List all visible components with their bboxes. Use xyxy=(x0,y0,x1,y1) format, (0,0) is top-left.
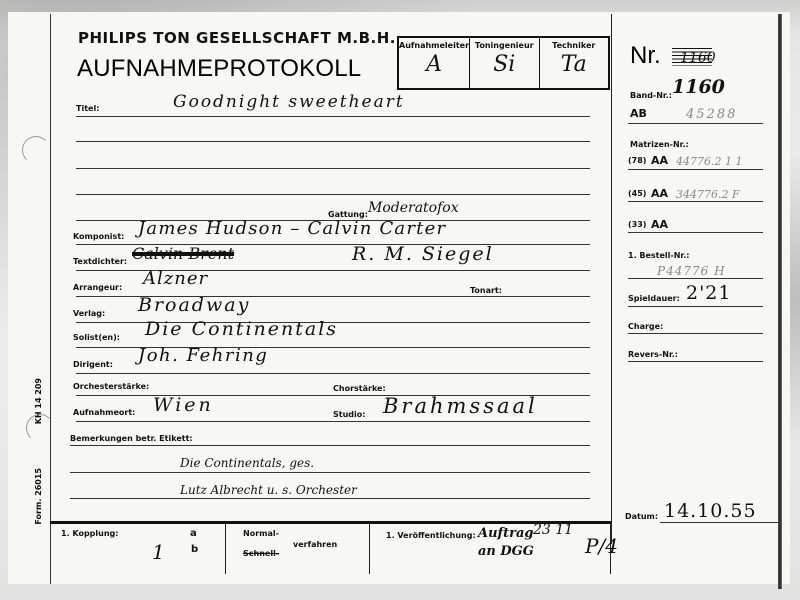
staff-cell-aufnahmeleiter: Aufnahmeleiter A xyxy=(399,38,470,88)
punch-hole xyxy=(22,136,50,164)
form-number: Form. 26015 xyxy=(34,468,43,525)
rule xyxy=(628,123,763,124)
matrize-prefix: AA xyxy=(651,187,668,200)
staff-cell-toningenieur: Toningenieur Si xyxy=(470,38,539,88)
titel-value: Goodnight sweetheart xyxy=(173,92,405,112)
nr-struck-value: 1160 xyxy=(680,50,716,66)
rule xyxy=(70,445,590,446)
datum-value: 14.10.55 xyxy=(664,500,757,522)
gattung-value: Moderatofox xyxy=(368,200,459,216)
titel-label: Titel: xyxy=(76,104,99,113)
verlag-label: Verlag: xyxy=(73,309,105,318)
arrangeur-label: Arrangeur: xyxy=(73,283,122,292)
veroeffentlichung-initials: P/4 xyxy=(585,534,618,558)
rule xyxy=(76,421,590,422)
datum-label: Datum: xyxy=(625,512,658,521)
ab-value: 45288 xyxy=(686,107,737,122)
komponist-label: Komponist: xyxy=(73,232,124,241)
bestell-nr-label: 1. Bestell-Nr.: xyxy=(628,251,689,260)
rule xyxy=(76,194,590,195)
textdichter-struck-value: Calvin Brent xyxy=(132,244,234,263)
bemerkungen-line: Lutz Albrecht u. s. Orchester xyxy=(180,483,357,497)
textdichter-value: R. M. Siegel xyxy=(352,243,494,265)
verfahren-normal: Normal- xyxy=(243,529,279,538)
staff-label: Aufnahmeleiter xyxy=(399,41,469,50)
staff-table: Aufnahmeleiter A Toningenieur Si Technik… xyxy=(397,36,610,90)
revers-nr-label: Revers-Nr.: xyxy=(628,350,678,359)
rule xyxy=(76,168,590,169)
rule xyxy=(70,498,590,499)
textdichter-label: Textdichter: xyxy=(73,257,127,266)
card-edge xyxy=(778,14,782,589)
rule xyxy=(628,169,763,170)
verlag-value: Broadway xyxy=(138,294,250,316)
spieldauer-value: 2'21 xyxy=(686,282,732,304)
staff-label: Toningenieur xyxy=(470,41,538,50)
solisten-value: Die Continentals xyxy=(145,318,338,340)
dirigent-value: Joh. Fehring xyxy=(138,345,268,366)
staff-value: Ta xyxy=(540,52,608,77)
matrize-value: 344776.2 F xyxy=(676,188,740,201)
staff-label: Techniker xyxy=(540,41,608,50)
matrize-speed: (78) xyxy=(628,156,646,165)
matrizen-label: Matrizen-Nr.: xyxy=(630,140,689,149)
form-title: AUFNAHMEPROTOKOLL xyxy=(77,55,361,83)
margin-line xyxy=(50,14,51,584)
rule xyxy=(628,333,763,334)
matrize-prefix: AA xyxy=(651,218,668,231)
dirigent-label: Dirigent: xyxy=(73,360,113,369)
aufnahmeort-label: Aufnahmeort: xyxy=(73,408,135,417)
komponist-value: James Hudson – Calvin Carter xyxy=(138,218,446,239)
spieldauer-label: Spieldauer: xyxy=(628,294,680,303)
veroeffentlichung-label: 1. Veröffentlichung: xyxy=(386,531,476,540)
bemerkungen-line: Die Continentals, ges. xyxy=(180,456,314,470)
company-name: PHILIPS TON GESELLSCHAFT M.B.H. xyxy=(78,29,396,47)
rule xyxy=(628,201,763,202)
orchesterstaerke-label: Orchesterstärke: xyxy=(73,382,149,391)
matrize-speed: (45) xyxy=(628,189,646,198)
band-nr-value: 1160 xyxy=(672,76,725,98)
studio-value: Brahmssaal xyxy=(383,394,538,418)
tonart-label: Tonart: xyxy=(470,286,502,295)
kopplung-label: 1. Kopplung: xyxy=(61,529,118,538)
rule xyxy=(660,522,778,523)
staff-cell-techniker: Techniker Ta xyxy=(540,38,608,88)
arrangeur-value: Alzner xyxy=(143,268,208,289)
rule xyxy=(76,373,590,374)
kopplung-option-a: a xyxy=(190,528,197,539)
rule xyxy=(628,306,763,307)
chorstaerke-label: Chorstärke: xyxy=(333,384,386,393)
staff-value: Si xyxy=(470,52,538,77)
column-divider xyxy=(611,14,612,544)
veroeffentlichung-note: 23 11 xyxy=(533,522,573,538)
kopplung-value: 1 xyxy=(152,540,165,564)
verfahren-suffix: verfahren xyxy=(293,540,337,549)
rule xyxy=(628,278,763,279)
studio-label: Studio: xyxy=(333,410,365,419)
rule xyxy=(76,141,590,142)
kh-number: KH 14 209 xyxy=(34,378,43,424)
matrize-speed: (33) xyxy=(628,220,646,229)
bemerkungen-label: Bemerkungen betr. Etikett: xyxy=(70,434,193,443)
charge-label: Charge: xyxy=(628,322,663,331)
kopplung-option-b: b xyxy=(191,544,198,555)
rule xyxy=(76,116,590,117)
matrize-value: 44776.2 1 1 xyxy=(676,155,742,168)
nr-label: Nr. xyxy=(630,42,661,70)
solisten-label: Solist(en): xyxy=(73,333,120,342)
staff-value: A xyxy=(399,52,469,77)
verfahren-schnell: Schnell- xyxy=(243,549,279,558)
rule xyxy=(70,472,590,473)
rule xyxy=(628,361,763,362)
band-nr-label: Band-Nr.: xyxy=(630,91,672,100)
veroeffentlichung-line2: an DGG xyxy=(478,544,534,559)
rule xyxy=(628,232,763,233)
bestell-nr-value: P44776 H xyxy=(657,264,726,278)
veroeffentlichung-line1: Auftrag xyxy=(478,526,534,541)
ab-label: AB xyxy=(630,107,647,120)
aufnahmeort-value: Wien xyxy=(153,394,214,416)
matrize-prefix: AA xyxy=(651,154,668,167)
